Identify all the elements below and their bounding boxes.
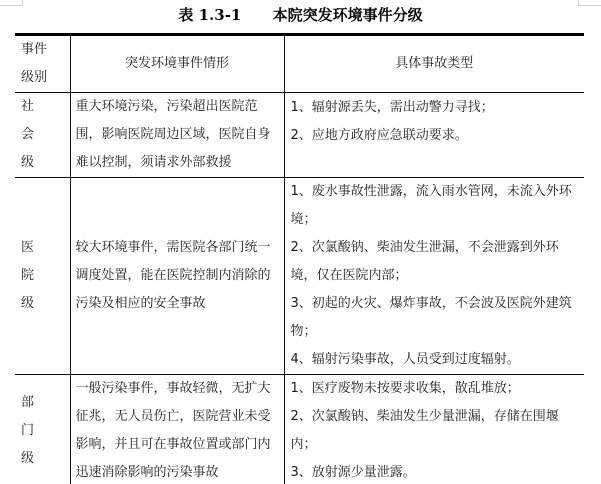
situation-cell: 重大环境污染，污染超出医院范围，影响医院周边区域，医院自身难以控制，须请求外部救…	[70, 93, 284, 178]
level-cell: 部 门 级	[15, 375, 70, 484]
header-accident-types: 具体事故类型	[284, 35, 584, 93]
level-label-line1: 社 会	[21, 93, 70, 149]
accident-type-item: 1、医疗废物未按要求收集，散乱堆放；	[291, 375, 581, 403]
situation-cell: 较大环境事件，需医院各部门统一调度处置，能在医院控制内消除的污染及相应的安全事故	[70, 178, 284, 375]
header-situation: 突发环境事件情形	[70, 35, 284, 93]
table-header-row: 事件 级别 突发环境事件情形 具体事故类型	[15, 35, 584, 93]
accident-types-cell: 1、医疗废物未按要求收集，散乱堆放； 2、次氯酸钠、柴油发生少量泄漏，存储在围堰…	[284, 375, 584, 484]
accident-types-cell: 1、辐射源丢失，需出动警力寻找； 2、应地方政府应急联动要求。	[284, 93, 584, 178]
accident-type-item: 3、放射源少量泄露。	[291, 459, 581, 484]
accident-type-item: 1、废水事故性泄露，流入雨水管网，未流入外环境；	[291, 178, 581, 234]
table-row-hospital-level: 医 院 级 较大环境事件，需医院各部门统一调度处置，能在医院控制内消除的污染及相…	[15, 178, 584, 375]
level-label-line2: 级	[21, 445, 70, 473]
situation-cell: 一般污染事件，事故轻微，无扩大征兆，无人员伤亡，医院营业未受影响，并且可在事故位…	[70, 375, 284, 484]
accident-type-item: 2、应地方政府应急联动要求。	[291, 122, 581, 150]
level-cell: 医 院 级	[15, 178, 70, 375]
level-label-line1: 医 院	[21, 234, 70, 290]
table-row-department-level: 部 门 级 一般污染事件，事故轻微，无扩大征兆，无人员伤亡，医院营业未受影响，并…	[15, 375, 584, 484]
accident-type-item: 2、次氯酸钠、柴油发生少量泄漏，存储在围堰内；	[291, 403, 581, 459]
header-event-level: 事件 级别	[15, 35, 70, 93]
table-number: 表 1.3-1	[178, 6, 241, 24]
event-classification-table: 事件 级别 突发环境事件情形 具体事故类型 社 会 级 重大环境污染，污染超出医…	[15, 33, 584, 484]
accident-types-cell: 1、废水事故性泄露，流入雨水管网，未流入外环境； 2、次氯酸钠、柴油发生泄漏，不…	[284, 178, 584, 375]
accident-type-item: 3、初起的火灾、爆炸事故，不会波及医院外建筑物；	[291, 290, 581, 346]
table-title: 本院突发环境事件分级	[273, 6, 423, 24]
table-row-social-level: 社 会 级 重大环境污染，污染超出医院范围，影响医院周边区域，医院自身难以控制，…	[15, 93, 584, 178]
level-cell: 社 会 级	[15, 93, 70, 178]
accident-type-item: 4、辐射污染事故，人员受到过度辐射。	[291, 346, 581, 374]
table-caption: 表 1.3-1 本院突发环境事件分级	[0, 4, 601, 26]
header-level-line2: 级别	[21, 64, 70, 92]
level-label-line2: 级	[21, 290, 70, 318]
accident-type-item: 2、次氯酸钠、柴油发生泄漏，不会泄露到外环境，仅在医院内部；	[291, 234, 581, 290]
level-label-line2: 级	[21, 149, 70, 177]
level-label-line1: 部 门	[21, 389, 70, 445]
header-level-line1: 事件	[21, 36, 70, 64]
accident-type-item: 1、辐射源丢失，需出动警力寻找；	[291, 94, 581, 122]
